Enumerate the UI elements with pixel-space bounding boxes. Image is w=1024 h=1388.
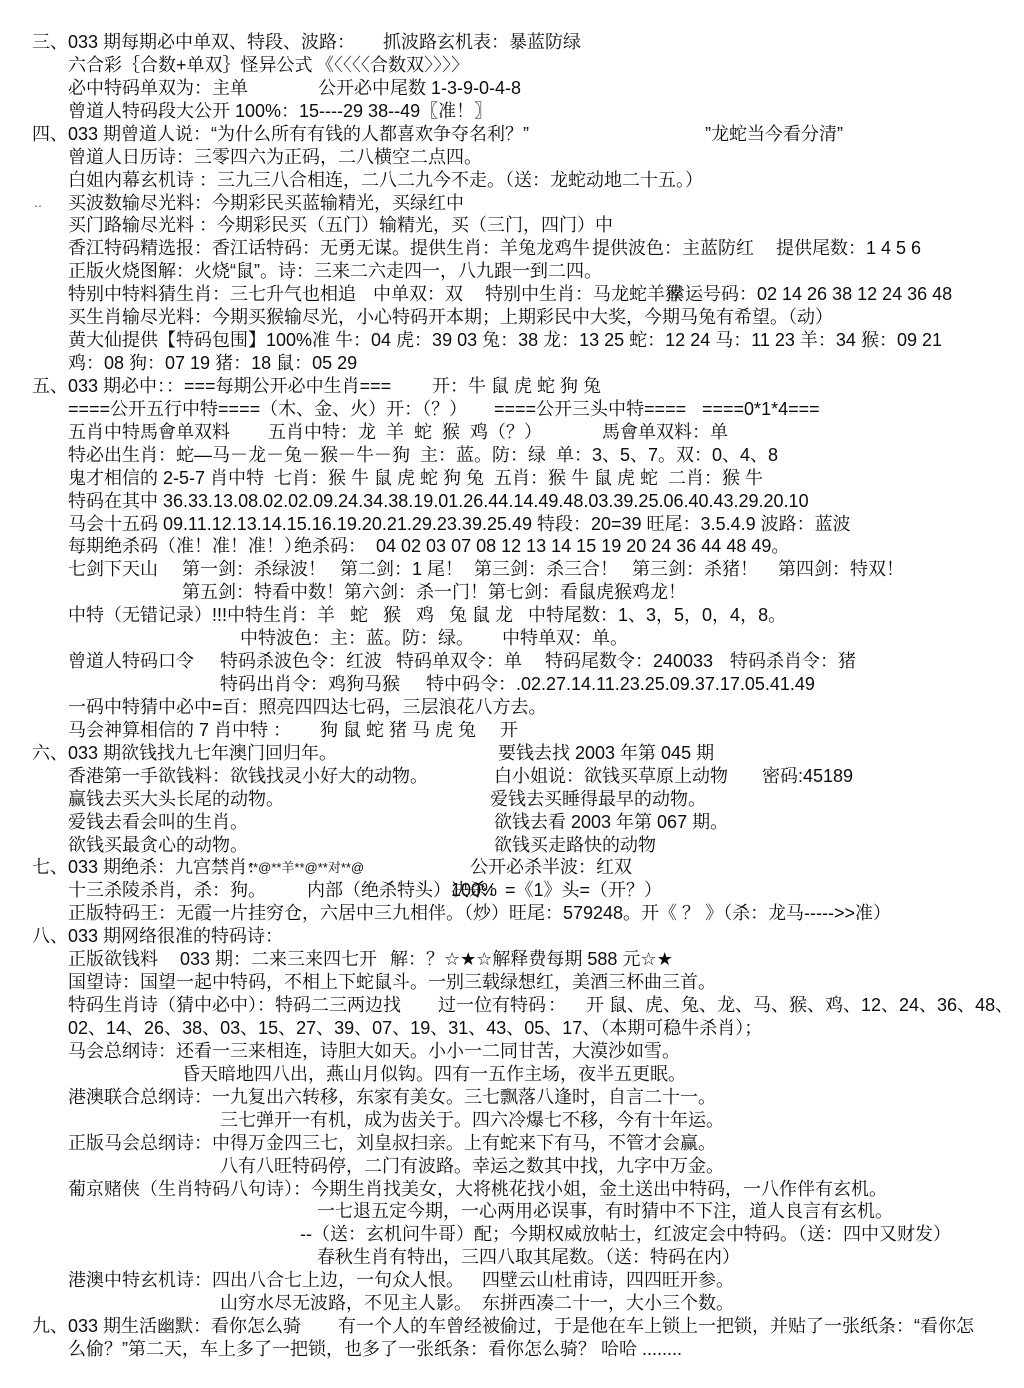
text-segment: 赢钱去买大头长尾的动物。 — [68, 788, 284, 811]
text-line: 一码中特猜中必中=百：照亮四四达七码，三层浪花八方去。 — [0, 696, 1024, 719]
text-segment: 白小姐说：欲钱买草原上动物 — [494, 765, 728, 788]
text-line: 八有八旺特码停，二门有波路。幸运之数其中找，九字中万金。 — [0, 1155, 1024, 1178]
text-segment: 第四剑：特双！ — [778, 558, 904, 581]
text-segment: 过一位有特码 — [438, 994, 546, 1017]
text-segment: 鬼才相信的 2-5-7 肖中特 七肖：猴 牛 鼠 虎 蛇 狗 兔 五肖：猴 牛 … — [68, 467, 763, 490]
text-segment: 特码杀肖令：猪 — [730, 650, 856, 673]
text-line: 马会神算相信的 7 肖中特 ： 狗 鼠 蛇 猪 马 虎 兔 开 — [0, 719, 1024, 742]
text-segment: 特码杀波色令：红波 — [220, 650, 382, 673]
text-segment: 马会总纲诗：还看一三来相连，诗胆大如天。小小一二同甘苦，大漠沙如雪。 — [68, 1040, 680, 1063]
text-segment: 正版特码王：无霞一片挂穷仓，六居中三九相伴。（炒）旺尾：579248。开《 ？ … — [68, 902, 891, 925]
text-segment: 正版火烧图解：火烧“鼠”。诗：三来二六走四一，八九跟一到二四。 — [68, 260, 602, 283]
text-line: 港澳中特玄机诗：四出八合七上边，一句众人恨。 四壁云山杜甫诗，四四旺开参。 — [0, 1269, 1024, 1292]
text-segment: 特别中生肖：马龙蛇羊猴 — [485, 283, 683, 306]
text-segment: 馬會单双料：单 — [602, 421, 728, 444]
document-page: 三、033 期每期必中单双、特段、波路： 抓波路玄机表：暴蓝防绿 六合彩｛合数+… — [0, 0, 1024, 1388]
section-heading: 五、033 期必中：：===每期公开必中生肖=== — [32, 375, 391, 398]
text-segment: 国望诗：国望一起中特码，不相上下蛇鼠斗。一别三载绿想红，美酒三杯曲三首。 — [68, 971, 716, 994]
text-segment: 第三剑：杀三合！ — [474, 558, 618, 581]
text-line: 六、033 期欲钱找九七年澳门回归年。 要钱去找 2003 年第 045 期 — [0, 742, 1024, 765]
text-segment: 五肖中特：龙 羊 蛇 猴 鸡（？） — [268, 421, 542, 444]
section-heading: 六、033 期欲钱找九七年澳门回归年。 — [32, 742, 337, 765]
text-segment: ”龙蛇当今看分清” — [705, 123, 843, 146]
text-line: 七剑下天山 第一剑：杀绿波！ 第二剑：1 尾！ 第三剑：杀三合！ 第三剑：杀猪！… — [0, 558, 1024, 581]
text-segment: 第一剑：杀绿波！ — [182, 558, 326, 581]
text-line: 香江特码精选报：香江话特码：无勇无谋。 提供生肖：羊兔龙鸡牛 提供波色：主蓝防红… — [0, 237, 1024, 260]
text-segment: 抓波路玄机表：暴蓝防绿 — [383, 31, 581, 54]
text-line: 02、14、26、38、03、15、27、39、07、19、31、43、05、1… — [0, 1017, 1024, 1040]
text-segment: 中特单双：单。 — [502, 627, 628, 650]
text-line: 爱钱去看会叫的生肖。 欲钱去看 2003 年第 067 期。 — [0, 811, 1024, 834]
text-segment: 六合彩｛合数+单双｝怪异公式 — [68, 54, 313, 77]
text-segment: 一七退五定今期，一心两用必误事，有时猜中不下注，道人良言有玄机。 — [317, 1200, 893, 1223]
text-line: ====公开五行中特====（木、金、火）开：（？） ====公开三头中特===… — [0, 398, 1024, 421]
text-segment: 特别中特料猜生肖：三七升气也相追 — [68, 283, 356, 306]
text-segment: 白姐内幕玄机诗 ：三九三八合相连，二八二九今不走。（送：龙蛇动地二十五。） — [68, 169, 703, 192]
text-segment: 鸡：08 狗：07 19 猪：18 鼠：05 29 — [68, 352, 357, 375]
text-segment: 东拼西凑二十一，大小三个数。 — [482, 1292, 734, 1315]
text-line: 曾道人特码段大公开 100%：15----29 38--49〖准！〗 — [0, 100, 1024, 123]
text-segment: 02、14、26、38、03、15、27、39、07、19、31、43、05、1… — [68, 1017, 762, 1040]
text-line: 三七弹开一有机，成为齿关于。四六冷爆七不移，今有十年运。 — [0, 1109, 1024, 1132]
text-segment: ====公开五行中特====（木、金、火）开：（？） — [68, 398, 467, 421]
text-segment: 特必出生肖：蛇—马－龙－兔－猴－牛－狗 主：蓝。防：绿 单：3、5、7。双：0、… — [68, 444, 778, 467]
text-segment: 春秋生肖有特出，三四八取其尾数。（送：特码在内） — [317, 1246, 740, 1269]
text-line: 特别中特料猜生肖：三七升气也相追 中单双：双 特别中生肖：马龙蛇羊猴 幸运号码：… — [0, 283, 1024, 306]
text-segment: 中特（无错记录）!!!中特生肖：羊 蛇 猴 鸡 兔 鼠 龙 中特尾数：1、3，5… — [68, 604, 786, 627]
text-segment: 港澳联合总纲诗：一九复出六转移，东家有美女。三七飘落八逢时，自言二十一。 — [68, 1086, 716, 1109]
text-segment: 买门路输尽光料 ：今期彩民买（五门）输精光，买（三门，四门）中 — [68, 214, 613, 237]
section-heading: 三、033 期每期必中单双、特段、波路： — [32, 31, 355, 54]
text-segment: --（送：玄机问牛哥）配；今期权威放帖士，红波定会中特码。（送：四中又财发） — [300, 1223, 951, 1246]
text-line: 正版马会总纲诗：中得万金四三七，刘皇叔扫亲。上有蛇来下有马，不管才会赢。 — [0, 1132, 1024, 1155]
text-segment: 狗 鼠 蛇 猪 马 虎 兔 — [320, 719, 476, 742]
text-line: 马会十五码 09.11.12.13.14.15.16.19.20.21.29.2… — [0, 513, 1024, 536]
text-line: 特必出生肖：蛇—马－龙－兔－猴－牛－狗 主：蓝。防：绿 单：3、5、7。双：0、… — [0, 444, 1024, 467]
text-segment: 山穷水尽无波路，不见主人影。 — [220, 1292, 472, 1315]
section-heading: 八、033 期网络很准的特码诗： — [32, 925, 283, 948]
text-line: --（送：玄机问牛哥）配；今期权威放帖士，红波定会中特码。（送：四中又财发） — [0, 1223, 1024, 1246]
dots-marker: ‥ — [34, 192, 42, 215]
text-line: 买门路输尽光料 ：今期彩民买（五门）输精光，买（三门，四门）中 — [0, 214, 1024, 237]
text-line: 马会总纲诗：还看一三来相连，诗胆大如天。小小一二同甘苦，大漠沙如雪。 — [0, 1040, 1024, 1063]
text-segment: 特码尾数令：240033 — [545, 650, 713, 673]
text-segment: 密码:45189 — [762, 765, 853, 788]
text-line: 正版火烧图解：火烧“鼠”。诗：三来二六走四一，八九跟一到二四。 — [0, 260, 1024, 283]
text-segment: 解：？☆★☆解释费每期 588 元☆★ — [390, 948, 673, 971]
text-line: 三、033 期每期必中单双、特段、波路： 抓波路玄机表：暴蓝防绿 — [0, 31, 1024, 54]
text-segment: 提供尾数：1 4 5 6 — [776, 237, 921, 260]
section-heading: 四、033 期曾道人说：“为什么所有有钱的人都喜欢争夺名利？” — [32, 123, 529, 146]
text-segment: ====0*1*4=== — [702, 398, 820, 421]
text-segment: 香江特码精选报：香江话特码：无勇无谋。 — [68, 237, 410, 260]
text-line: 正版欲钱料 033 期：二来三来四七开 解：？☆★☆解释费每期 588 元☆★ — [0, 948, 1024, 971]
text-segment: 特码在其中 36.33.13.08.02.02.09.24.34.38.19.0… — [68, 490, 809, 513]
text-line: 七、033 期绝杀：九宫禁肖： **@**羊**@**对**@ 公开必杀半波：红… — [0, 856, 1024, 879]
text-segment: 五肖中特馬會单双料 — [68, 421, 230, 444]
text-segment: 曾道人特码段大公开 100%：15----29 38--49〖准！〗 — [68, 100, 492, 123]
text-segment: 曾道人日历诗：三零四六为正码，二八横空二点四。 — [68, 146, 482, 169]
text-line: 鸡：08 狗：07 19 猪：18 鼠：05 29 — [0, 352, 1024, 375]
text-segment: 第二剑：1 尾！ — [340, 558, 463, 581]
text-segment: 曾道人特码口令 — [68, 650, 194, 673]
text-line: 国望诗：国望一起中特码，不相上下蛇鼠斗。一别三载绿想红，美酒三杯曲三首。 — [0, 971, 1024, 994]
text-segment: 七剑下天山 — [68, 558, 158, 581]
text-segment: 买波数输尽光料：今期彩民买蓝输精光，买绿红中 — [68, 192, 464, 215]
text-line: 每期绝杀码（准！准！准！） 绝杀码： 04 02 03 07 08 12 13 … — [0, 535, 1024, 558]
text-line: 特码在其中 36.33.13.08.02.02.09.24.34.38.19.0… — [0, 490, 1024, 513]
text-segment: 葡京赌侠（生肖特码八句诗）：今期生肖找美女，大将桃花找小姐，金土送出中特码，一八… — [68, 1178, 887, 1201]
text-segment: 欲钱买最贪心的动物。 — [68, 834, 248, 857]
text-segment: 特码单双令：单 — [396, 650, 522, 673]
text-segment: 公开必中尾数 1-3-9-0-4-8 — [318, 77, 521, 100]
text-line: 中特（无错记录）!!!中特生肖：羊 蛇 猴 鸡 兔 鼠 龙 中特尾数：1、3，5… — [0, 604, 1024, 627]
text-line: 港澳联合总纲诗：一九复出六转移，东家有美女。三七飘落八逢时，自言二十一。 — [0, 1086, 1024, 1109]
section-heading: 九、033 期生活幽默：看你怎么骑 — [32, 1315, 301, 1338]
text-segment: 四壁云山杜甫诗，四四旺开参。 — [482, 1269, 734, 1292]
text-line: 四、033 期曾道人说：“为什么所有有钱的人都喜欢争夺名利？” ”龙蛇当今看分清… — [0, 123, 1024, 146]
text-segment: 每期绝杀码（准！准！准！） — [68, 535, 302, 558]
text-segment: 中特波色：主：蓝。防：绿。 — [240, 627, 474, 650]
text-segment: 昏天暗地四八出，燕山月似钩。四有一五作主场，夜半五更眠。 — [182, 1063, 686, 1086]
text-segment: 特码生肖诗（猜中必中）：特码二三两边找 — [68, 994, 401, 1017]
text-segment: 港澳中特玄机诗：四出八合七上边，一句众人恨。 — [68, 1269, 464, 1292]
text-segment: **@**羊**@**对**@ — [248, 856, 364, 879]
text-line: 八、033 期网络很准的特码诗： — [0, 925, 1024, 948]
text-line: 欲钱买最贪心的动物。 欲钱买走路快的动物 — [0, 834, 1024, 857]
text-segment: 马会十五码 09.11.12.13.14.15.16.19.20.21.29.2… — [68, 513, 851, 536]
text-segment: 欲钱买走路快的动物 — [494, 834, 656, 857]
text-segment: 提供波色：主蓝防红 — [592, 237, 754, 260]
text-segment: 三七弹开一有机，成为齿关于。四六冷爆七不移，今有十年运。 — [220, 1109, 724, 1132]
text-segment: 正版欲钱料 — [68, 948, 158, 971]
text-segment: 《〈〈〈〈合数双〉〉〉〉 — [316, 54, 469, 77]
text-line: 六合彩｛合数+单双｝怪异公式 《〈〈〈〈合数双〉〉〉〉 — [0, 54, 1024, 77]
text-line: 正版特码王：无霞一片挂穷仓，六居中三九相伴。（炒）旺尾：579248。开《 ？ … — [0, 902, 1024, 925]
text-line: 九、033 期生活幽默：看你怎么骑 有一个人的车曾经被偷过，于是他在车上锁上一把… — [0, 1315, 1024, 1338]
text-segment: 开 — [500, 719, 518, 742]
text-segment: 八有八旺特码停，二门有波路。幸运之数其中找，九字中万金。 — [220, 1155, 724, 1178]
text-line: 特码出肖令：鸡狗马猴 特中码令：.02.27.14.11.23.25.09.37… — [0, 673, 1024, 696]
text-line: 第五剑：特看中数！第六剑：杀一门！第七剑：看鼠虎猴鸡龙！ — [0, 581, 1024, 604]
text-line: 葡京赌侠（生肖特码八句诗）：今期生肖找美女，大将桃花找小姐，金土送出中特码，一八… — [0, 1178, 1024, 1201]
text-segment: 黄大仙提供【特码包围】100%准 牛：04 虎：39 03 兔：38 龙：13 … — [68, 329, 942, 352]
text-segment: 正版马会总纲诗：中得万金四三七，刘皇叔扫亲。上有蛇来下有马，不管才会赢。 — [68, 1132, 716, 1155]
text-segment: 绝杀码： 04 02 03 07 08 12 13 14 15 19 20 24… — [294, 535, 789, 558]
text-segment: 开：牛 鼠 虎 蛇 狗 兔 — [432, 375, 601, 398]
text-segment: 十三杀陵杀肖，杀：狗。 — [68, 879, 266, 902]
text-line: 特码生肖诗（猜中必中）：特码二三两边找 过一位有特码 ： 开 鼠、虎、兔、龙、马… — [0, 994, 1024, 1017]
section-heading: 七、033 期绝杀：九宫禁肖： — [32, 856, 265, 879]
text-segment: 033 期：二来三来四七开 — [180, 948, 377, 971]
text-segment: 中单双：双 — [373, 283, 463, 306]
text-line: 中特波色：主：蓝。防：绿。 中特单双：单。 — [0, 627, 1024, 650]
text-line: 白姐内幕玄机诗 ：三九三八合相连，二八二九今不走。（送：龙蛇动地二十五。） — [0, 169, 1024, 192]
text-segment: 一码中特猜中必中=百：照亮四四达七码，三层浪花八方去。 — [68, 696, 547, 719]
text-segment: 必中特码单双为：主单 — [68, 77, 248, 100]
text-line: 么偷？”第二天，车上多了一把锁，也多了一张纸条：看你怎么骑？ 哈哈 ......… — [0, 1338, 1024, 1361]
text-segment: 香港第一手欲钱料：欲钱找灵小好大的动物。 — [68, 765, 428, 788]
text-segment: ====公开三头中特==== — [494, 398, 686, 421]
text-line: 一七退五定今期，一心两用必误事，有时猜中不下注，道人良言有玄机。 — [0, 1200, 1024, 1223]
text-segment: 幸运号码：02 14 26 38 12 24 36 48 — [667, 283, 952, 306]
text-segment: 第三剑：杀猪！ — [632, 558, 758, 581]
text-line: 必中特码单双为：主单 公开必中尾数 1-3-9-0-4-8 — [0, 77, 1024, 100]
text-segment: 公开必杀半波：红双 — [470, 856, 632, 879]
text-segment: 爱钱去看会叫的生肖。 — [68, 811, 248, 834]
text-line: 十三杀陵杀肖，杀：狗。 内部（绝杀特头）100% 决杀：=《1》头=（开？） — [0, 879, 1024, 902]
text-line: 香港第一手欲钱料：欲钱找灵小好大的动物。 白小姐说：欲钱买草原上动物 密码:45… — [0, 765, 1024, 788]
text-line: 鬼才相信的 2-5-7 肖中特 七肖：猴 牛 鼠 虎 蛇 狗 兔 五肖：猴 牛 … — [0, 467, 1024, 490]
text-line: 五、033 期必中：：===每期公开必中生肖=== 开：牛 鼠 虎 蛇 狗 兔 — [0, 375, 1024, 398]
text-line: 五肖中特馬會单双料 五肖中特：龙 羊 蛇 猴 鸡（？） 馬會单双料：单 — [0, 421, 1024, 444]
text-line: ‥ 买波数输尽光料：今期彩民买蓝输精光，买绿红中 — [0, 192, 1024, 215]
text-line: 昏天暗地四八出，燕山月似钩。四有一五作主场，夜半五更眠。 — [0, 1063, 1024, 1086]
text-segment: 么偷？”第二天，车上多了一把锁，也多了一张纸条：看你怎么骑？ 哈哈 ......… — [68, 1338, 682, 1361]
text-segment: 要钱去找 2003 年第 045 期 — [498, 742, 714, 765]
text-segment: 开 鼠、虎、兔、龙、马、猴、鸡、12、24、36、48、 — [586, 994, 1013, 1017]
text-segment: 买生肖输尽光料：今期买猴输尽光，小心特码开本期；上期彩民中大奖，今期马兔有希望。… — [68, 306, 833, 329]
text-line: 山穷水尽无波路，不见主人影。 东拼西凑二十一，大小三个数。 — [0, 1292, 1024, 1315]
text-segment: 马会神算相信的 7 肖中特 ： — [68, 719, 291, 742]
text-segment: 爱钱去买睡得最早的动物。 — [490, 788, 706, 811]
text-line: 买生肖输尽光料：今期买猴输尽光，小心特码开本期；上期彩民中大奖，今期马兔有希望。… — [0, 306, 1024, 329]
text-segment: 欲钱去看 2003 年第 067 期。 — [494, 811, 728, 834]
text-segment: ： — [548, 994, 566, 1017]
text-line: 春秋生肖有特出，三四八取其尾数。（送：特码在内） — [0, 1246, 1024, 1269]
text-segment: 特码出肖令：鸡狗马猴 — [220, 673, 400, 696]
text-line: 曾道人日历诗：三零四六为正码，二八横空二点四。 — [0, 146, 1024, 169]
text-segment: 第五剑：特看中数！第六剑：杀一门！第七剑：看鼠虎猴鸡龙！ — [182, 581, 686, 604]
text-line: 黄大仙提供【特码包围】100%准 牛：04 虎：39 03 兔：38 龙：13 … — [0, 329, 1024, 352]
text-line: 曾道人特码口令 特码杀波色令：红波 特码单双令：单 特码尾数令：240033 特… — [0, 650, 1024, 673]
text-line: 赢钱去买大头长尾的动物。 爱钱去买睡得最早的动物。 — [0, 788, 1024, 811]
text-segment: 决杀：=《1》头=（开？） — [451, 879, 662, 902]
text-segment: 提供生肖：羊兔龙鸡牛 — [410, 237, 590, 260]
text-segment: 特中码令：.02.27.14.11.23.25.09.37.17.05.41.4… — [426, 673, 815, 696]
text-segment: 有一个人的车曾经被偷过，于是他在车上锁上一把锁，并贴了一张纸条：“看你怎 — [338, 1315, 974, 1338]
